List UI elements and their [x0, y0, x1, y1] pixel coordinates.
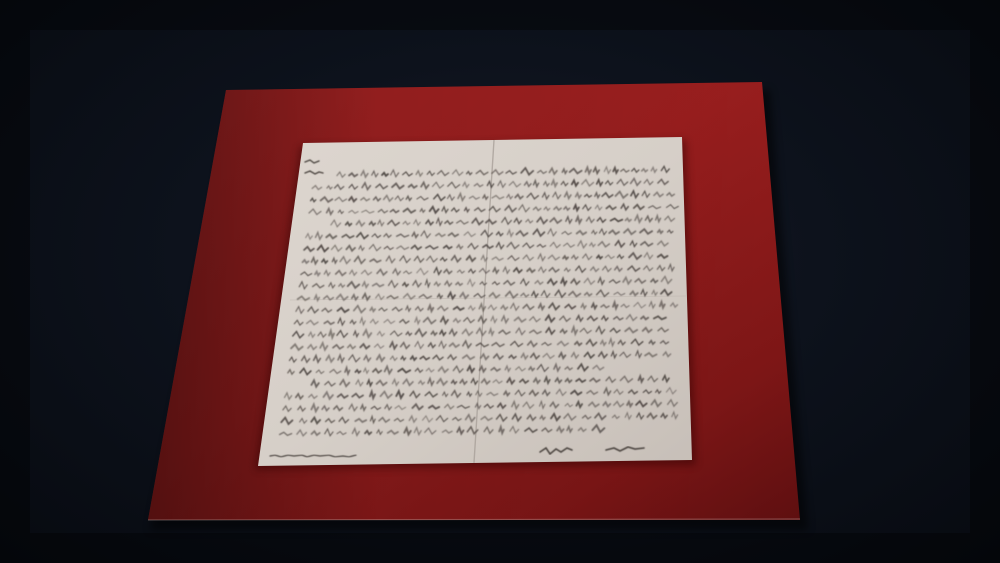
photo-scene: Handwritten letter (illegible at this re… [0, 0, 1000, 563]
letter-paper [258, 137, 692, 466]
photo-canvas [0, 0, 1000, 563]
